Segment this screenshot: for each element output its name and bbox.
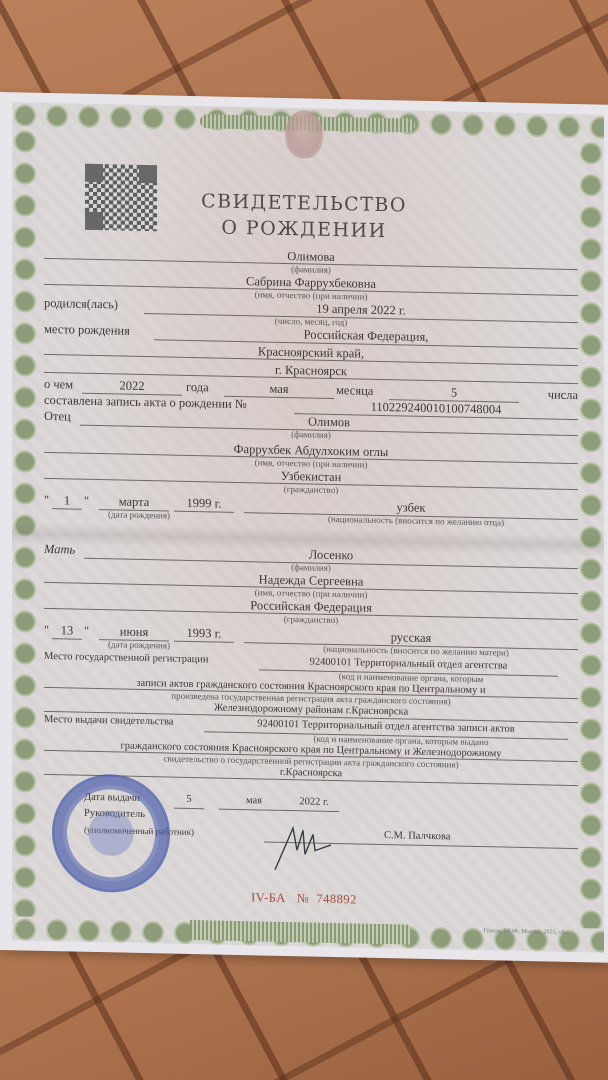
registration-label: Место государственной регистрации — [44, 649, 209, 668]
issue-day: 5 — [174, 792, 204, 810]
month-label: месяца — [336, 382, 373, 399]
serial-number: 748892 — [316, 892, 357, 907]
serial-series: IV-БА — [251, 890, 286, 905]
birth-certificate: СВИДЕТЕЛЬСТВО О РОЖДЕНИИ Олимова (фамили… — [0, 92, 608, 963]
born-label: родился(лась) — [44, 295, 118, 313]
year-label: года — [186, 379, 209, 395]
signature — [265, 820, 335, 876]
about-label: о чем — [44, 376, 73, 393]
father-birth-caption: (дата рождения) — [74, 509, 204, 522]
father-birth-day: 1 — [52, 492, 82, 510]
official-seal-stamp — [52, 773, 170, 893]
father-label: Отец — [44, 408, 71, 425]
issuance-label: Место выдачи свидетельства — [44, 712, 173, 731]
serial-number-sign: № — [297, 891, 309, 905]
day-label: числа — [548, 386, 578, 403]
mother-birth-day: 13 — [52, 622, 82, 640]
certificate-content: Олимова (фамилия) Сабрина Фаррухбековна … — [44, 243, 578, 848]
birthplace-label: место рождения — [44, 321, 130, 339]
mother-label: Мать — [44, 541, 75, 558]
coat-of-arms-icon — [285, 110, 323, 159]
